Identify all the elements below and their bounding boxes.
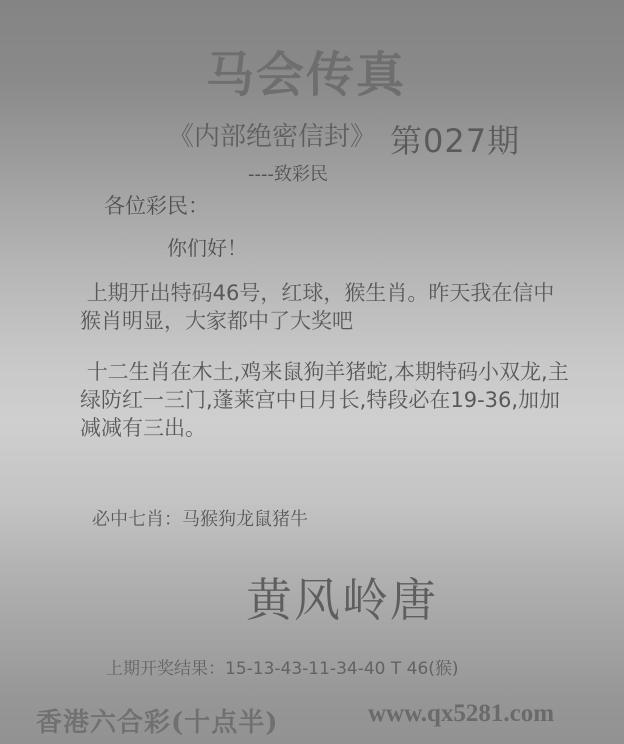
last-result-label: 上期开奖结果： [106, 659, 225, 679]
footer-brand: 香港六合彩(十点半) [36, 702, 279, 739]
greeting: 你们好！ [167, 232, 247, 261]
paragraph-text: 上期开出特码46号，红球，猴生肖。昨天我在信中猴肖明显，大家都中了大奖吧 [80, 281, 554, 333]
footer-website: www.qx5281.com [368, 700, 554, 728]
paragraph-text: 十二生肖在木土,鸡来鼠狗羊猪蛇,本期特码小双龙,主绿防红一三门,蓬莱宫中日月长,… [80, 360, 569, 440]
must-win-line: 必中七肖：马猴狗龙鼠猪牛 [92, 505, 308, 531]
page-title: 马会传真 [206, 36, 406, 105]
salutation: 各位彩民： [104, 190, 209, 220]
paragraph-last-result: 上期开出特码46号，红球，猴生肖。昨天我在信中猴肖明显，大家都中了大奖吧 [80, 279, 570, 335]
must-win-zodiacs: 马猴狗龙鼠猪牛 [182, 509, 308, 530]
last-result-numbers: 15-13-43-11-34-40 T 46(猴) [225, 659, 459, 679]
paragraph-prediction: 十二生肖在木土,鸡来鼠狗羊猪蛇,本期特码小双龙,主绿防红一三门,蓬莱宫中日月长,… [80, 358, 580, 442]
signature: 黄风岭唐 [246, 564, 438, 630]
subtitle: 《内部绝密信封》 [168, 116, 376, 153]
last-result-line: 上期开奖结果：15-13-43-11-34-40 T 46(猴) [106, 654, 459, 679]
issue-number: 第027期 [390, 116, 520, 162]
must-win-label: 必中七肖： [92, 509, 182, 530]
addressed-to: ----致彩民 [248, 160, 328, 186]
